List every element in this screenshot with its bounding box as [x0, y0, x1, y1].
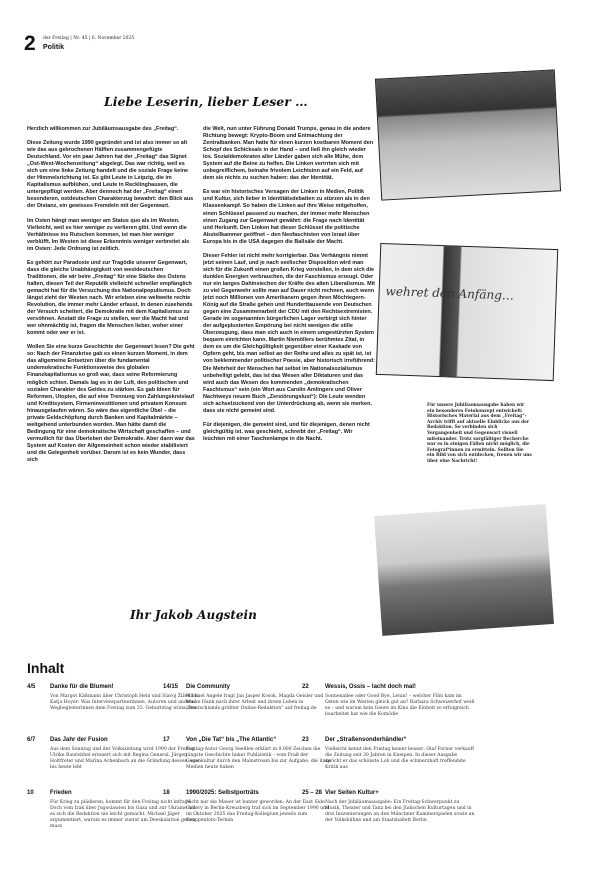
signature: Ihr Jakob Augstein — [130, 608, 257, 622]
paragraph: Herzlich willkommen zur Jubiläumsausgabe… — [27, 126, 195, 133]
toc-page: 23 — [302, 737, 309, 743]
toc-page: 4/5 — [27, 684, 35, 690]
paragraph: Dieser Fehler ist nicht mehr korrigierba… — [203, 253, 375, 415]
photo-burned-car — [375, 69, 561, 200]
toc-heading: Das Jahr der Fusion — [50, 737, 108, 743]
toc-heading: Wessis, Ossis – lacht doch mal! — [325, 684, 416, 690]
toc-description: Vielleicht kennt den Freitag keiner bess… — [325, 747, 475, 771]
toc-heading: Frieden — [50, 790, 72, 796]
toc-page: 6/7 — [27, 737, 35, 743]
paragraph: Diese Zeitung wurde 1990 gegründet und i… — [27, 140, 195, 210]
toc-description: Nach der Jubiläumsausgabe: Ein Freitag-S… — [325, 800, 475, 824]
toc-heading: Danke für die Blumen! — [50, 684, 114, 690]
toc-heading: Von „Die Tat“ bis „The Atlantic“ — [186, 737, 276, 743]
paragraph: Für diejenigen, die gemeint sind, und fü… — [203, 422, 375, 443]
article-column-2: die Welt, nun unter Führung Donald Trump… — [203, 126, 375, 450]
paragraph: Im Osten hängt man weniger am Status quo… — [27, 218, 195, 253]
article-headline: Liebe Leserin, lieber Leser … — [104, 94, 308, 109]
toc-page: 22 — [302, 684, 309, 690]
toc-heading: Vier Seiten Kultur+ — [325, 790, 379, 796]
photo-graffiti-stairwell: wehret den Anfäng… — [376, 243, 558, 381]
photo-caption: Für unsere Jubiläumsausgabe haben wir ei… — [427, 403, 532, 465]
toc-heading: Die Community — [186, 684, 230, 690]
paragraph: Wollen Sie eine kurze Geschichte der Geg… — [27, 344, 195, 464]
toc-heading: Der „Straßensonderhändler“ — [325, 737, 407, 743]
toc-description: Nicht nur die Mauer ist bunter geworden:… — [186, 800, 336, 824]
paragraph: Es gehört zur Paradoxie und zur Tragödie… — [27, 260, 195, 338]
section-label: Politik — [43, 44, 64, 51]
page-number: 2 — [24, 33, 36, 55]
toc-description: Für Krieg zu plädieren, kommt für den Fr… — [50, 800, 200, 830]
toc-description: Michael Angele fragt Jan Jasper Kosok, M… — [186, 694, 336, 712]
paragraph: die Welt, nun unter Führung Donald Trump… — [203, 126, 375, 182]
toc-page: 18 — [163, 790, 170, 796]
toc-description: Aus dem Sonntag und der Volkszeitung wir… — [50, 747, 200, 771]
toc-title: Inhalt — [27, 660, 64, 676]
toc-page: 17 — [163, 737, 170, 743]
paragraph: Es war ein historisches Versagen der Lin… — [203, 189, 375, 245]
toc-heading: 1990/2025: Selbstporträts — [186, 790, 259, 796]
photo-youths-at-wall — [374, 504, 554, 636]
toc-description: Sonnenallee oder Good Bye, Lenin! – welc… — [325, 694, 475, 718]
toc-page: 14/15 — [163, 684, 178, 690]
toc-page: 25 – 28 — [302, 790, 322, 796]
toc-description: Freitag-Autor Georg Seeßlen erklärt in 9… — [186, 747, 336, 771]
graffiti-text: wehret den Anfäng… — [385, 284, 514, 302]
toc-description: Von Margot Käßmann über Christoph Hein u… — [50, 694, 200, 712]
article-column-1: Herzlich willkommen zur Jubiläumsausgabe… — [27, 126, 195, 471]
toc-page: 10 — [27, 790, 34, 796]
issue-meta: der Freitag | Nr. 45 | 6. November 2025 — [43, 36, 134, 41]
